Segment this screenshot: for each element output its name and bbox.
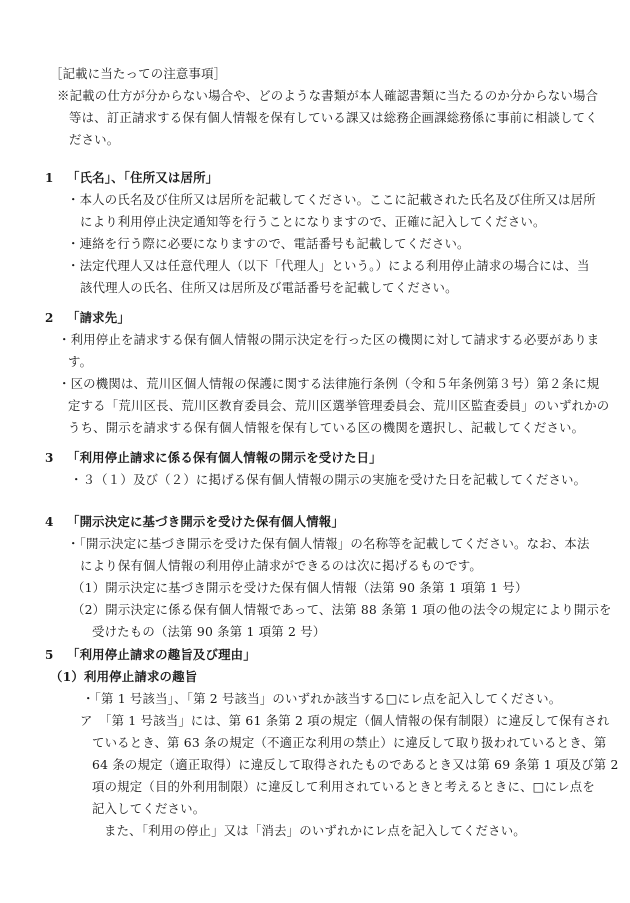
notice-text: ※記載の仕方が分からない場合や、どのような書類が本人確認書類に当たるのか分からな… — [57, 88, 598, 104]
section-text: ア 「第 1 号該当」には、第 61 条第 2 項の規定（個人情報の保有制限）に… — [80, 713, 609, 729]
section-title: 「利用停止請求に係る保有個人情報の開示を受けた日」 — [67, 450, 382, 466]
section-number: 3 — [45, 450, 53, 466]
section-text: 定する「荒川区長、荒川区教育委員会、荒川区選挙管理委員会、荒川区監査委員」のいず… — [68, 398, 609, 414]
section-text: また、「利用の停止」又は「消去」のいずれかにレ点を記入してください。 — [104, 823, 526, 839]
section-text: （2）開示決定に係る保有個人情報であって、法第 88 条第 1 項の他の法令の規… — [72, 602, 612, 618]
section-text: ・「第 1 号該当」、「第 2 号該当」のいずれか該当する□にレ点を記入してくだ… — [82, 691, 561, 707]
section-text: により利用停止決定通知等を行うことになりますので、正確に記入してください。 — [80, 214, 546, 230]
notice-title: ［記載に当たっての注意事項］ — [50, 66, 226, 82]
section-text: ・「開示決定に基づき開示を受けた保有個人情報」の名称等を記載してください。なお、… — [67, 536, 590, 552]
section-text: ・利用停止を請求する保有個人情報の開示決定を行った区の機関に対して請求する必要が… — [58, 332, 599, 348]
section-title: 「開示決定に基づき開示を受けた保有個人情報」 — [67, 514, 344, 530]
section-text: 受けたもの（法第 90 条第 1 項第 2 号） — [92, 624, 325, 640]
section-text: 記入してください。 — [92, 801, 205, 817]
section-number: 5 — [45, 647, 53, 663]
section-text: ているとき、第 63 条の規定（不適正な利用の禁止）に違反して取り扱われていると… — [92, 735, 607, 751]
section-subtitle: （1）利用停止請求の趣旨 — [50, 669, 197, 685]
section-text: す。 — [68, 354, 92, 370]
section-text: ・３（１）及び（２）に掲げる保有個人情報の開示の実施を受けた日を記載してください… — [70, 472, 586, 488]
section-text: （1）開示決定に基づき開示を受けた保有個人情報（法第 90 条第 1 項第 1 … — [72, 580, 528, 596]
section-title: 「利用停止請求の趣旨及び理由」 — [67, 647, 256, 663]
section-text: 項の規定（目的外利用制限）に違反して利用されているときと考えるときに、□にレ点を — [92, 779, 595, 795]
section-number: 4 — [45, 514, 53, 530]
section-text: ・法定代理人又は任意代理人（以下「代理人」という。）による利用停止請求の場合には… — [67, 258, 590, 274]
section-number: 1 — [45, 170, 53, 186]
section-text: うち、開示を請求する保有個人情報を保有している区の機関を選択し、記載してください… — [68, 420, 584, 436]
section-text: により保有個人情報の利用停止請求ができるのは次に掲げるものです。 — [80, 558, 482, 574]
notice-text: 等は、訂正請求する保有個人情報を保有している課又は総務企画課総務係に事前に相談し… — [69, 110, 598, 126]
section-text: ・本人の氏名及び住所又は居所を記載してください。ここに記載された氏名及び住所又は… — [67, 192, 596, 208]
section-text: 64 条の規定（適正取得）に違反して取得されたものであるとき又は第 69 条第 … — [92, 757, 619, 773]
section-title: 「氏名」、「住所又は居所」 — [67, 170, 218, 186]
notice-text: ださい。 — [69, 132, 119, 148]
section-text: 該代理人の氏名、住所又は居所及び電話番号を記載してください。 — [80, 280, 458, 296]
section-number: 2 — [45, 310, 53, 326]
section-text: ・連絡を行う際に必要になりますので、電話番号も記載してください。 — [67, 236, 470, 252]
section-title: 「請求先」 — [67, 310, 130, 326]
section-text: ・区の機関は、荒川区個人情報の保護に関する法律施行条例（令和５年条例第３号）第２… — [58, 376, 599, 392]
